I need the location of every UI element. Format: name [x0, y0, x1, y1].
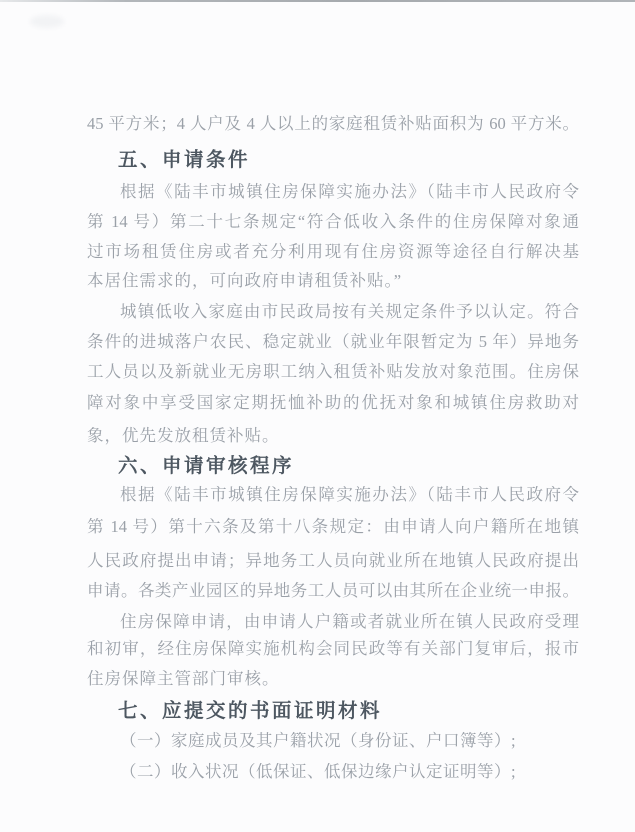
text-line: 45 平方米；4 人户及 4 人以上的家庭租赁补贴面积为 60 平方米。 — [87, 113, 579, 135]
section-heading-review-procedure: 六、申请审核程序 — [87, 455, 579, 477]
text-line: 条件的进城落户农民、稳定就业（就业年限暂定为 5 年）异地务 — [87, 331, 579, 353]
text-line: 第 14 号）第二十七条规定“符合低收入条件的住房保障对象通 — [87, 211, 579, 233]
text-line: 工人员以及新就业无房职工纳入租赁补贴发放对象范围。住房保 — [87, 361, 579, 383]
text-line: 住房保障主管部门审核。 — [87, 668, 579, 690]
section-heading-application-conditions: 五、申请条件 — [87, 149, 579, 171]
text-line: 象，优先发放租赁补贴。 — [87, 425, 579, 447]
text-line: 障对象中享受国家定期抚恤补助的优抚对象和城镇住房救助对 — [87, 392, 579, 414]
scan-smudge-artifact — [30, 15, 64, 28]
text-line: 第 14 号）第十六条及第十八条规定：由申请人向户籍所在地镇 — [87, 516, 579, 538]
text-line: 和初审，经住房保障实施机构会同民政等有关部门复审后，报市 — [87, 638, 579, 660]
scanned-document-page: 45 平方米；4 人户及 4 人以上的家庭租赁补贴面积为 60 平方米。 五、申… — [0, 0, 635, 832]
text-line: 本居住需求的，可向政府申请租赁补贴。” — [87, 270, 579, 292]
section-heading-required-materials: 七、应提交的书面证明材料 — [87, 700, 579, 722]
list-item-household-status: （一）家庭成员及其户籍状况（身份证、户口簿等）; — [87, 730, 579, 752]
text-line: 根据《陆丰市城镇住房保障实施办法》（陆丰市人民政府令 — [87, 484, 579, 506]
text-line: 过市场租赁住房或者充分利用现有住房资源等途径自行解决基 — [87, 241, 579, 263]
list-item-income-status: （二）收入状况（低保证、低保边缘户认定证明等）; — [87, 761, 579, 783]
text-line: 根据《陆丰市城镇住房保障实施办法》（陆丰市人民政府令 — [87, 181, 579, 203]
text-line: 城镇低收入家庭由市民政局按有关规定条件予以认定。符合 — [87, 301, 579, 323]
text-line: 住房保障申请，由申请人户籍或者就业所在镇人民政府受理 — [87, 611, 579, 633]
text-line: 申请。各类产业园区的异地务工人员可以由其所在企业统一申报。 — [87, 580, 579, 602]
text-line: 人民政府提出申请；异地务工人员向就业所在地镇人民政府提出 — [87, 550, 579, 572]
scan-top-edge-artifact — [0, 0, 635, 2]
